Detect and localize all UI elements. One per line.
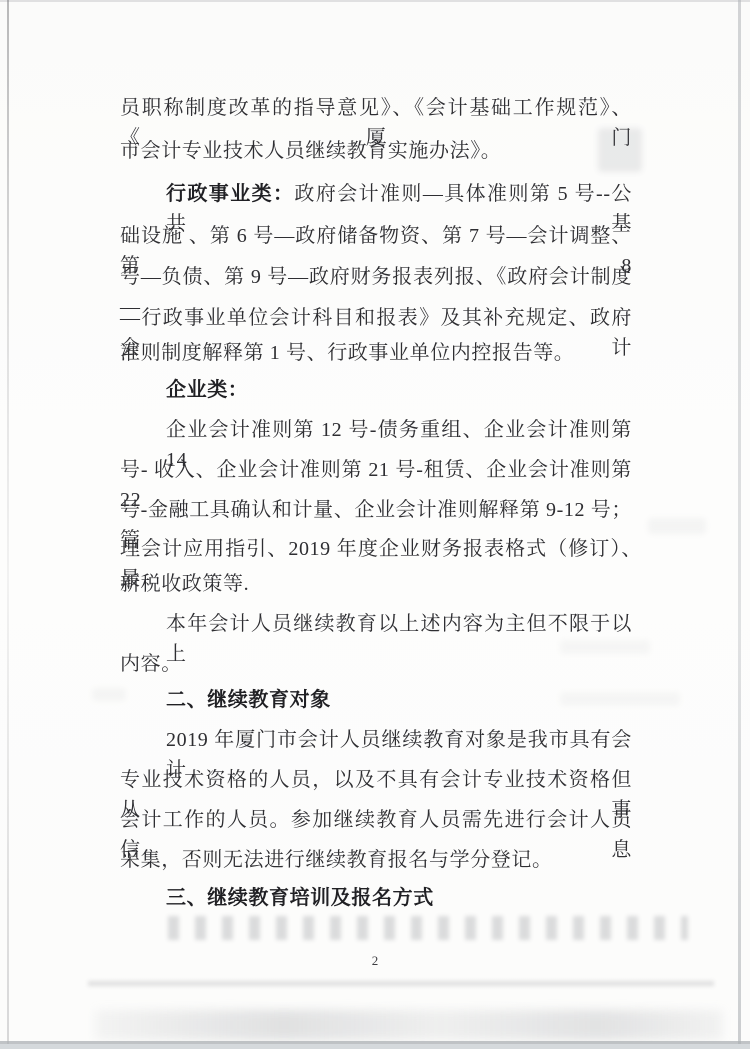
category-label-administrative: 行政事业类： bbox=[166, 183, 294, 205]
section-heading-3: 三、继续教育培训及报名方式 bbox=[166, 883, 632, 913]
text-line: 采集，否则无法进行继续教育报名与学分登记。 bbox=[120, 845, 632, 875]
text-line: 准则制度解释第 1 号、行政事业单位内控报告等。 bbox=[120, 338, 632, 368]
text-line: 内容。 bbox=[120, 649, 632, 679]
text-line: 新税收政策等. bbox=[120, 569, 632, 599]
bleed-artifact bbox=[648, 518, 706, 534]
text-line: 市会计专业技术人员继续教育实施办法》。 bbox=[120, 136, 632, 166]
scan-edge-bottom-band bbox=[0, 1044, 750, 1049]
category-label-enterprise: 企业类： bbox=[166, 375, 632, 405]
scanned-document-photo: { "document": { "lines": [ { "text": "员职… bbox=[0, 0, 750, 1049]
page-number: 2 bbox=[0, 953, 750, 969]
bleed-artifact bbox=[92, 688, 126, 701]
scanned-page: 员职称制度改革的指导意见》、《会计基础工作规范》、《厦门 市会计专业技术人员继续… bbox=[0, 0, 750, 1049]
section-heading-2: 二、继续教育对象 bbox=[166, 685, 632, 715]
scan-smudge bbox=[88, 981, 714, 986]
scan-edge-right bbox=[738, 0, 741, 1049]
bleed-text-row bbox=[168, 916, 688, 940]
scan-edge-top bbox=[0, 0, 750, 2]
scan-smudge bbox=[95, 1010, 723, 1040]
scan-edge-left bbox=[7, 0, 9, 1049]
